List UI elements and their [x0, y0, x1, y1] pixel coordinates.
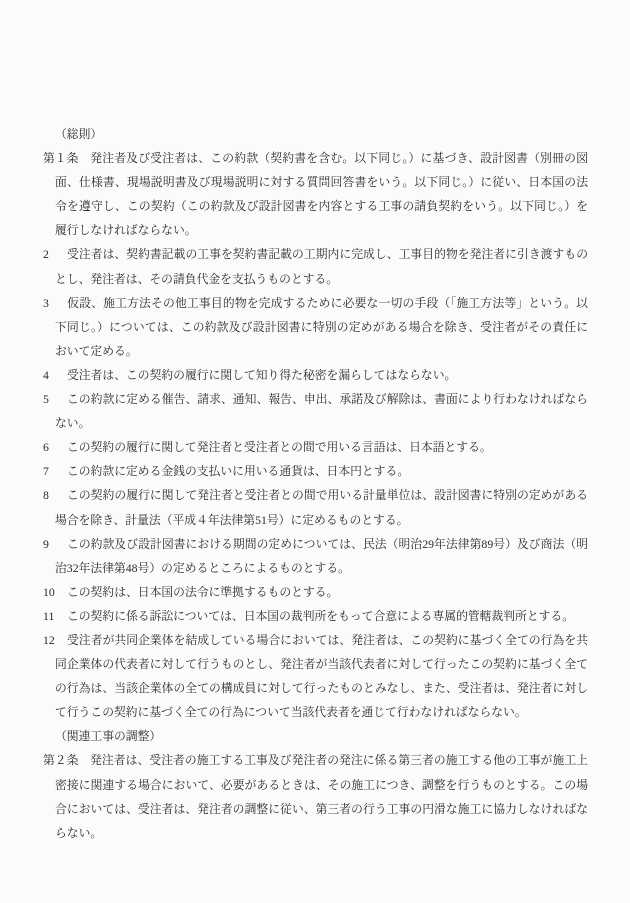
paragraph-number: 12: [43, 628, 67, 652]
paragraph-text: この約款に定める催告、請求、通知、報告、申出、承諾及び解除は、書面により行わなけ…: [55, 392, 588, 430]
paragraph-number: 2: [43, 242, 67, 266]
item-paragraph: 3仮設、施工方法その他工事目的物を完成するために必要な一切の手段（「施工方法等」…: [43, 291, 588, 363]
section-heading: （総則）: [43, 122, 588, 146]
item-paragraph: 9この約款及び設計図書における期間の定めについては、民法（明治29年法律第89号…: [43, 532, 588, 580]
paragraph-number: 11: [43, 604, 67, 628]
item-paragraph: 7この約款に定める金銭の支払いに用いる通貨は、日本円とする。: [43, 459, 588, 483]
paragraph-text: 仮設、施工方法その他工事目的物を完成するために必要な一切の手段（「施工方法等」と…: [55, 296, 588, 358]
heading-text: （総則）: [55, 127, 102, 141]
item-paragraph: 10この契約は、日本国の法令に準拠するものとする。: [43, 580, 588, 604]
heading-text: （関連工事の調整）: [55, 729, 161, 743]
paragraph-number: 7: [43, 459, 67, 483]
paragraph-text: この契約の履行に関して発注者と受注者との間で用いる計量単位は、設計図書に特別の定…: [55, 488, 588, 526]
paragraph-number: 10: [43, 580, 67, 604]
paragraph-text: 受注者は、この契約の履行に関して知り得た秘密を漏らしてはならない。: [67, 368, 456, 382]
paragraph-text: この契約に係る訴訟については、日本国の裁判所をもって合意による専属的管轄裁判所と…: [67, 609, 574, 623]
article-number: 第１条: [43, 146, 90, 170]
paragraph-text: 受注者は、契約書記載の工事を契約書記載の工期内に完成し、工事目的物を発注者に引き…: [55, 247, 588, 285]
paragraph-number: 4: [43, 363, 67, 387]
paragraph-text: この契約の履行に関して発注者と受注者との間で用いる言語は、日本語とする。: [67, 440, 492, 454]
contract-document-page: （総則）第１条発注者及び受注者は、この約款（契約書を含む。以下同じ。）に基づき、…: [0, 0, 630, 903]
article-paragraph: 第２条発注者は、受注者の施工する工事及び発注者の発注に係る第三者の施工する他の工…: [43, 748, 588, 844]
item-paragraph: 12受注者が共同企業体を結成している場合においては、発注者は、この契約に基づく全…: [43, 628, 588, 724]
article-paragraph: 第１条発注者及び受注者は、この約款（契約書を含む。以下同じ。）に基づき、設計図書…: [43, 146, 588, 242]
item-paragraph: 2受注者は、契約書記載の工事を契約書記載の工期内に完成し、工事目的物を発注者に引…: [43, 242, 588, 290]
paragraph-number: 5: [43, 387, 67, 411]
contract-text-body: （総則）第１条発注者及び受注者は、この約款（契約書を含む。以下同じ。）に基づき、…: [43, 122, 588, 845]
item-paragraph: 11この契約に係る訴訟については、日本国の裁判所をもって合意による専属的管轄裁判…: [43, 604, 588, 628]
item-paragraph: 4受注者は、この契約の履行に関して知り得た秘密を漏らしてはならない。: [43, 363, 588, 387]
item-paragraph: 5この約款に定める催告、請求、通知、報告、申出、承諾及び解除は、書面により行わな…: [43, 387, 588, 435]
paragraph-text: この約款に定める金銭の支払いに用いる通貨は、日本円とする。: [67, 464, 409, 478]
paragraph-text: この契約は、日本国の法令に準拠するものとする。: [67, 585, 338, 599]
section-heading: （関連工事の調整）: [43, 724, 588, 748]
paragraph-number: 3: [43, 291, 67, 315]
paragraph-text: 受注者が共同企業体を結成している場合においては、発注者は、この契約に基づく全ての…: [55, 633, 588, 719]
item-paragraph: 8この契約の履行に関して発注者と受注者との間で用いる計量単位は、設計図書に特別の…: [43, 483, 588, 531]
paragraph-number: 8: [43, 483, 67, 507]
article-number: 第２条: [43, 748, 90, 772]
paragraph-text: この約款及び設計図書における期間の定めについては、民法（明治29年法律第89号）…: [55, 537, 588, 575]
paragraph-text: 発注者は、受注者の施工する工事及び発注者の発注に係る第三者の施工する他の工事が施…: [55, 753, 588, 839]
paragraph-number: 9: [43, 532, 67, 556]
item-paragraph: 6この契約の履行に関して発注者と受注者との間で用いる言語は、日本語とする。: [43, 435, 588, 459]
paragraph-text: 発注者及び受注者は、この約款（契約書を含む。以下同じ。）に基づき、設計図書（別冊…: [55, 151, 588, 237]
paragraph-number: 6: [43, 435, 67, 459]
